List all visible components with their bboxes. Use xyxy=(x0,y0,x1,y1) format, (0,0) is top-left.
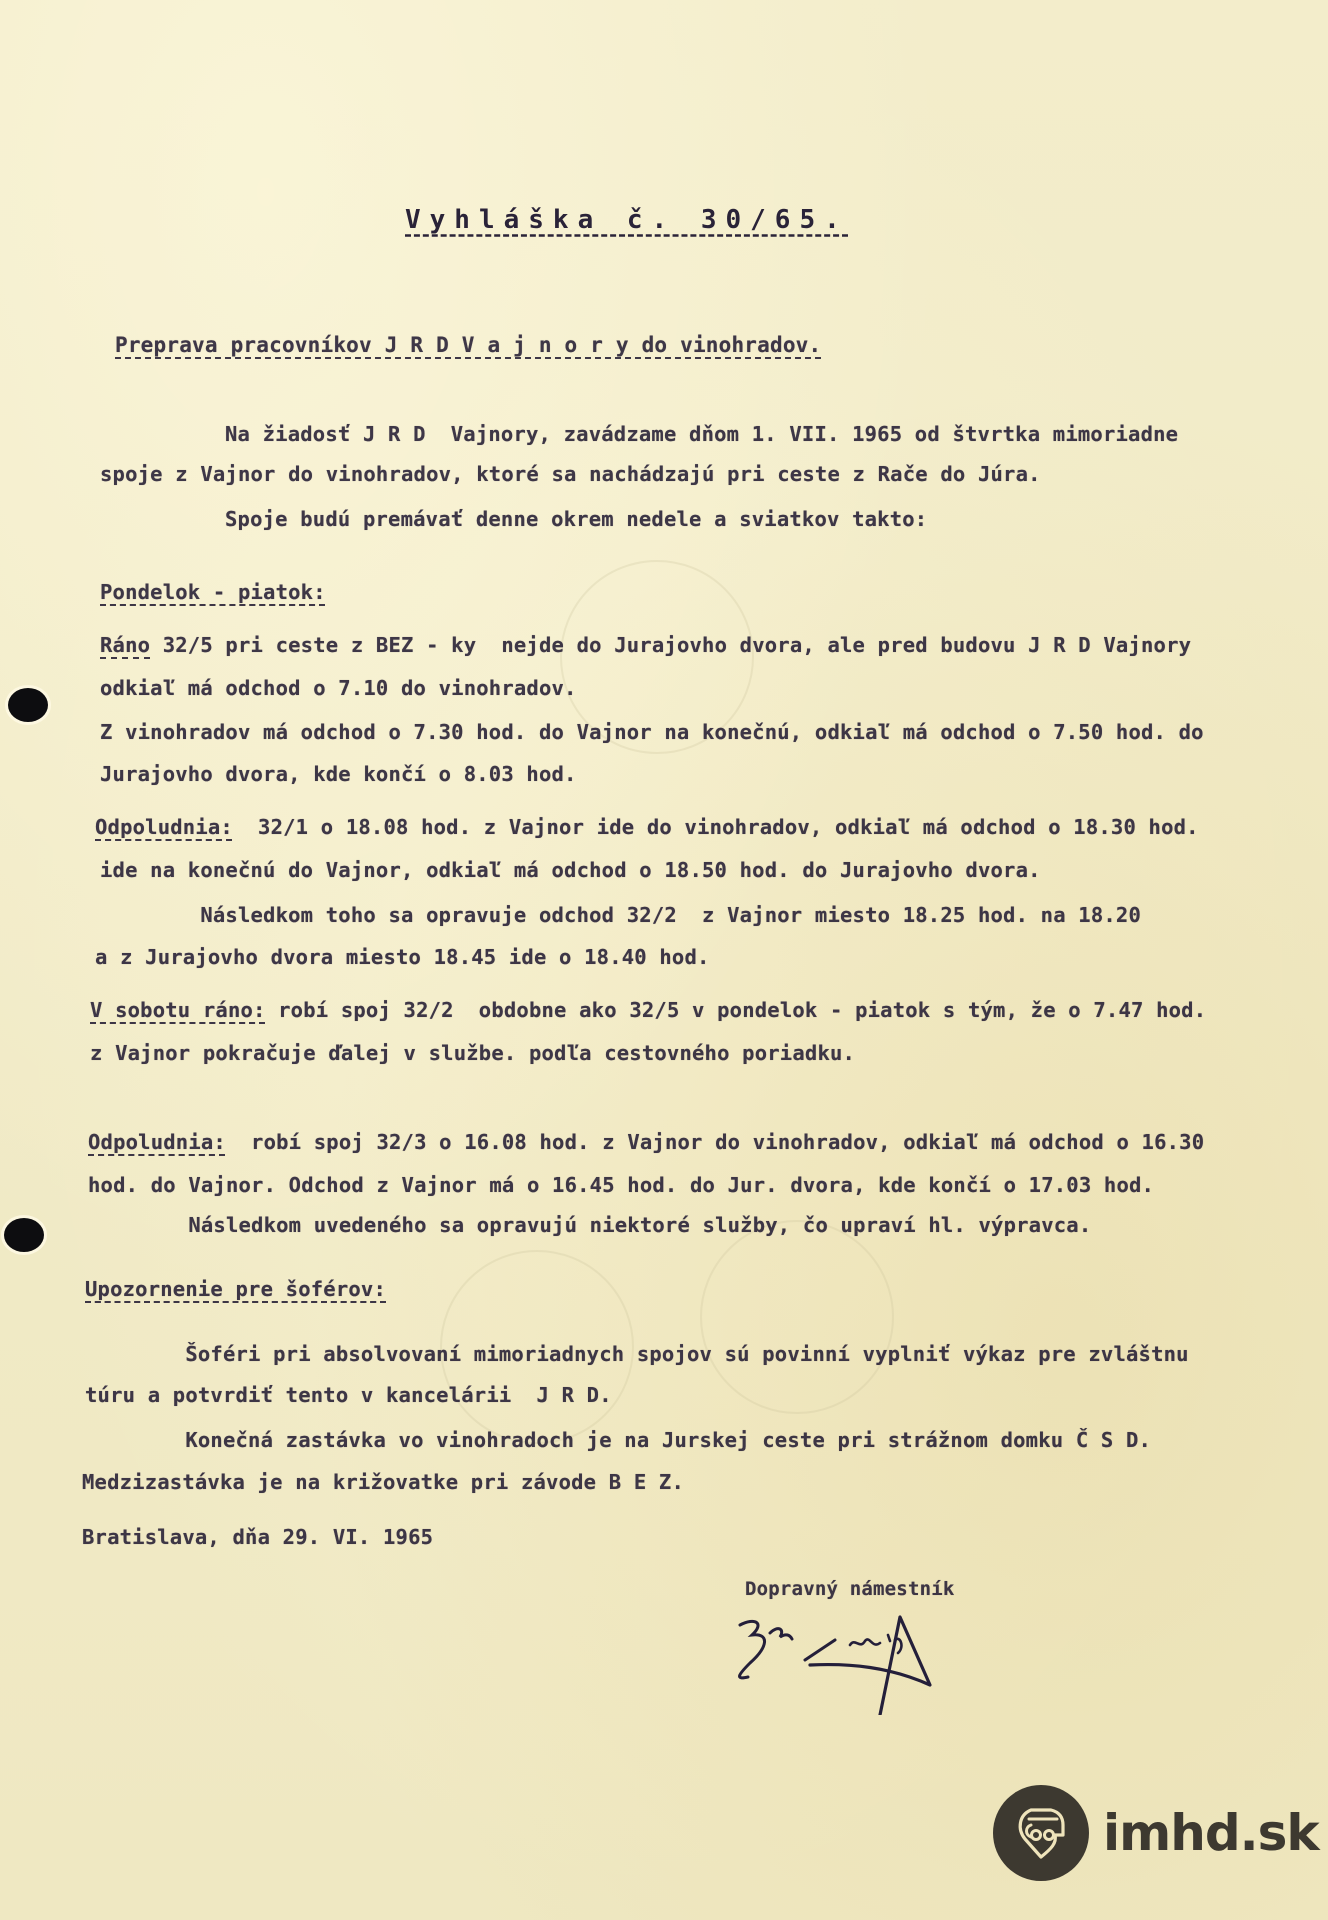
weekday-afternoon-line: ide na konečnú do Vajnor, odkiaľ má odch… xyxy=(100,858,1041,882)
bus-location-pin-icon xyxy=(993,1785,1089,1881)
morning-label: Ráno xyxy=(100,633,150,657)
saturday-afternoon-line: Následkom uvedeného sa opravujú niektoré… xyxy=(88,1213,1091,1237)
document-subtitle: Preprava pracovníkov J R D V a j n o r y… xyxy=(115,333,821,357)
weekday-afternoon-line: Následkom toho sa opravuje odchod 32/2 z… xyxy=(100,903,1141,927)
afternoon-label: Odpoludnia: xyxy=(95,815,233,839)
weekday-afternoon-line: Odpoludnia: 32/1 o 18.08 hod. z Vajnor i… xyxy=(95,815,1199,839)
imhd-watermark-logo: imhd.sk xyxy=(993,1785,1319,1881)
scanned-document: Vyhláška č. 30/65. Preprava pracovníkov … xyxy=(0,0,1328,1920)
notice-line: Šoféri pri absolvovaní mimoriadnych spoj… xyxy=(85,1342,1189,1366)
notice-line: túru a potvrdiť tento v kancelárii J R D… xyxy=(85,1383,612,1407)
intro-line: spoje z Vajnor do vinohradov, ktoré sa n… xyxy=(100,462,1041,486)
saturday-afternoon-line: Odpoludnia: robí spoj 32/3 o 16.08 hod. … xyxy=(88,1130,1204,1154)
place-date: Bratislava, dňa 29. VI. 1965 xyxy=(82,1525,433,1549)
punch-hole xyxy=(8,688,48,722)
brand-name: imhd.sk xyxy=(1103,1804,1319,1862)
saturday-morning-label: V sobotu ráno: xyxy=(90,998,266,1022)
notice-line: Medzizastávka je na križovatke pri závod… xyxy=(82,1470,684,1494)
saturday-morning-line: z Vajnor pokračuje ďalej v službe. podľa… xyxy=(90,1041,855,1065)
saturday-afternoon-line: hod. do Vajnor. Odchod z Vajnor má o 16.… xyxy=(88,1173,1154,1197)
weekday-morning-line: Z vinohradov má odchod o 7.30 hod. do Va… xyxy=(100,720,1204,744)
notice-line: Konečná zastávka vo vinohradoch je na Ju… xyxy=(85,1428,1151,1452)
weekday-morning-line: Ráno 32/5 pri ceste z BEZ - ky nejde do … xyxy=(100,633,1191,657)
handwritten-signature xyxy=(730,1605,970,1715)
punch-hole xyxy=(4,1218,44,1252)
weekday-afternoon-line: a z Jurajovho dvora miesto 18.45 ide o 1… xyxy=(95,945,710,969)
signatory-title: Dopravný námestník xyxy=(745,1578,955,1600)
section-heading-weekday: Pondelok - piatok: xyxy=(100,580,326,604)
document-title: Vyhláška č. 30/65. xyxy=(405,205,849,235)
stamp-watermark xyxy=(700,1220,894,1414)
weekday-morning-line: odkiaľ má odchod o 7.10 do vinohradov. xyxy=(100,676,577,700)
intro-line: Na žiadosť J R D Vajnory, zavádzame dňom… xyxy=(100,422,1178,446)
weekday-morning-line: Jurajovho dvora, kde končí o 8.03 hod. xyxy=(100,762,577,786)
section-heading-notice: Upozornenie pre šoférov: xyxy=(85,1277,386,1301)
saturday-morning-line: V sobotu ráno: robí spoj 32/2 obdobne ak… xyxy=(90,998,1206,1022)
saturday-afternoon-label: Odpoludnia: xyxy=(88,1130,226,1154)
intro-line: Spoje budú premávať denne okrem nedele a… xyxy=(100,507,927,531)
